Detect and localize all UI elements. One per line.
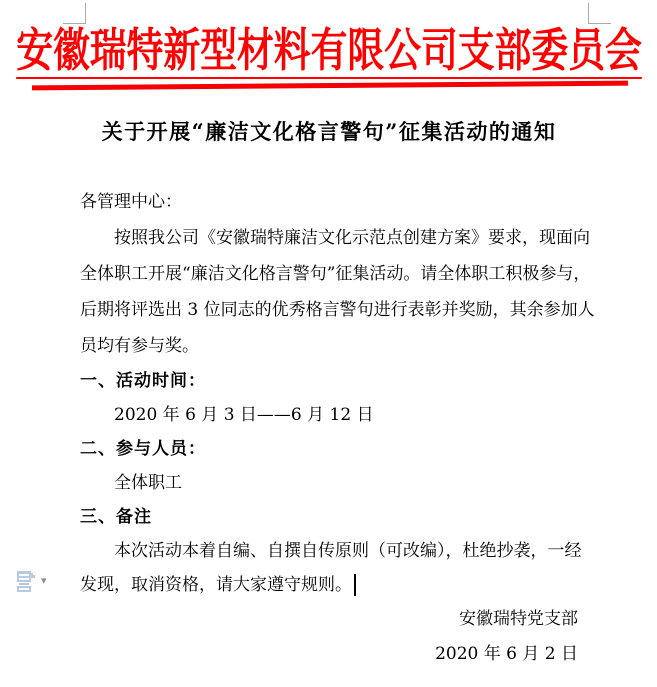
section1-heading[interactable]: 一、活动时间： xyxy=(80,364,578,398)
opening-block: 各管理中心： 按照我公司《安徽瑞特廉洁文化示范点创建方案》要求，现面向 全体职工… xyxy=(80,184,578,364)
section3-line1[interactable]: 本次活动本着自编、自撰自传原则（可改编），杜绝抄袭，一经 xyxy=(80,534,578,568)
document-page[interactable]: { "colors": { "accent_red": "#ff0000", "… xyxy=(0,0,657,687)
doc-title[interactable]: 关于开展“廉洁文化格言警句”征集活动的通知 xyxy=(80,118,578,146)
letterhead-title[interactable]: 安徽瑞特新型材料有限公司支部委员会 xyxy=(16,22,642,78)
section3-line2[interactable]: 发现，取消资格，请大家遵守规则。 xyxy=(80,568,578,602)
paragraph-line[interactable]: 员均有参与奖。 xyxy=(80,328,578,364)
text-boundary-mark-top-left xyxy=(63,3,86,24)
document-body[interactable]: 各管理中心： 按照我公司《安徽瑞特廉洁文化示范点创建方案》要求，现面向 全体职工… xyxy=(80,184,578,672)
letterhead-rule xyxy=(32,81,628,91)
text-cursor xyxy=(354,574,356,596)
sections-block: 一、活动时间： 2020 年 6 月 3 日——6 月 12 日 二、参与人员：… xyxy=(80,364,578,602)
dropdown-arrow-icon[interactable]: ▾ xyxy=(41,575,47,586)
paste-options-icon xyxy=(16,569,38,595)
section1-body[interactable]: 2020 年 6 月 3 日——6 月 12 日 xyxy=(80,398,578,432)
paragraph-line[interactable]: 全体职工开展“廉洁文化格言警句”征集活动。请全体职工积极参与， xyxy=(80,256,578,292)
paste-options-button[interactable]: ▾ xyxy=(16,569,52,595)
paragraph-line[interactable]: 按照我公司《安徽瑞特廉洁文化示范点创建方案》要求，现面向 xyxy=(80,220,578,256)
signature-line[interactable]: 安徽瑞特党支部 xyxy=(80,602,578,637)
section2-heading[interactable]: 二、参与人员： xyxy=(80,432,578,466)
section3-heading[interactable]: 三、备注 xyxy=(80,500,578,534)
signature-block: 安徽瑞特党支部 2020 年 6 月 2 日 xyxy=(80,602,578,672)
letterhead-title-text: 安徽瑞特新型材料有限公司支部委员会 xyxy=(16,23,642,79)
date-line[interactable]: 2020 年 6 月 2 日 xyxy=(80,637,578,672)
section2-body[interactable]: 全体职工 xyxy=(80,466,578,500)
section3-line2-text: 发现，取消资格，请大家遵守规则。 xyxy=(80,575,352,595)
text-boundary-mark-top-right xyxy=(588,3,611,24)
salutation-line[interactable]: 各管理中心： xyxy=(80,184,578,220)
paragraph-line[interactable]: 后期将评选出 3 位同志的优秀格言警句进行表彰并奖励，其余参加人 xyxy=(80,292,578,328)
